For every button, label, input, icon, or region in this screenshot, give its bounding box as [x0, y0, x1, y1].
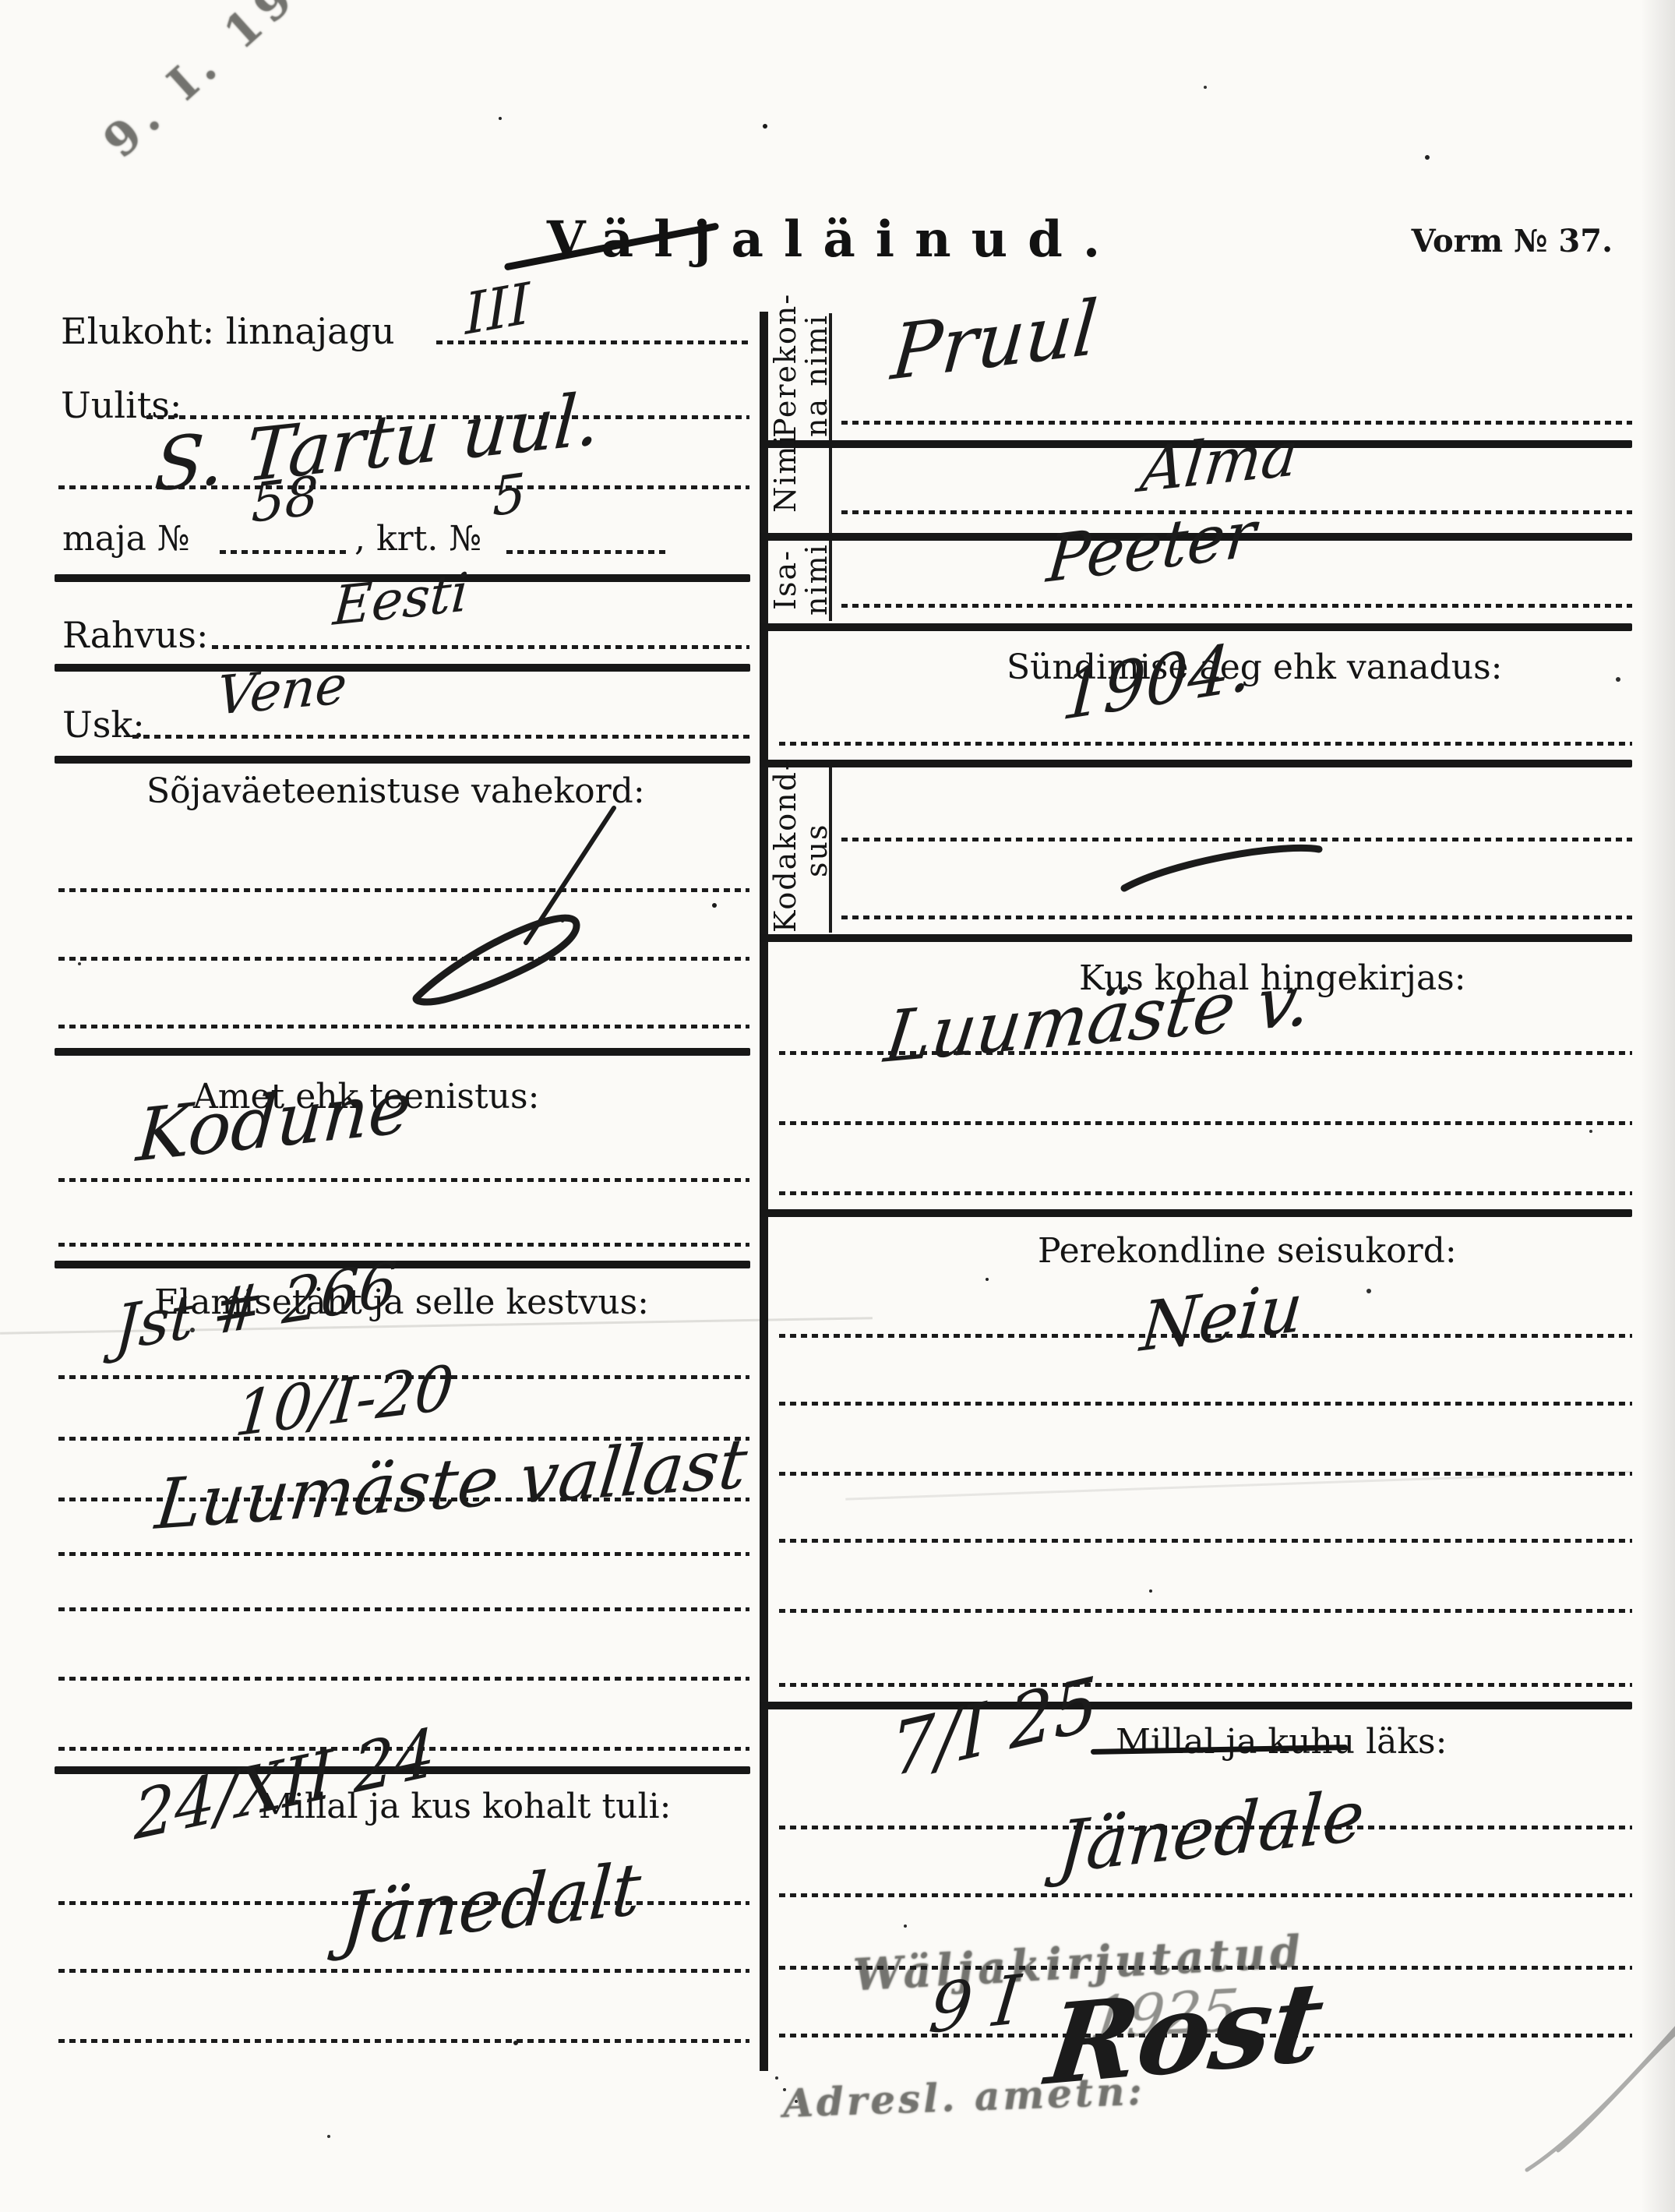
page-title: Väljaläinud.: [475, 210, 1192, 269]
sojavaeteenistus-label: Sõjaväeteenistuse vahekord:: [146, 771, 645, 811]
dotted-line: [212, 645, 749, 649]
dotted-line: [58, 1243, 749, 1247]
rule-bar: [55, 1261, 750, 1268]
dotted-line: [58, 2039, 749, 2043]
laks-date-entry: 7/I 25: [890, 1660, 1098, 1794]
kodakondsus-label: Kodakond- sus: [770, 767, 829, 933]
dotted-line: [779, 1472, 1632, 1476]
dotted-line: [779, 1191, 1632, 1195]
dotted-line: [779, 1893, 1632, 1897]
dotted-line: [779, 1683, 1632, 1687]
dotted-line: [220, 550, 351, 554]
dotted-line: [58, 1025, 749, 1028]
amet-entry: Kodune: [134, 1065, 414, 1178]
elukoht-label: Elukoht: linnajagu: [61, 310, 395, 352]
dotted-line: [58, 1178, 749, 1182]
dotted-line: [58, 485, 749, 489]
form-number: Vorm № 37.: [1412, 223, 1613, 259]
dotted-line: [841, 421, 1632, 425]
pencil-mark: [1511, 1995, 1675, 2182]
seisukord-label: Perekondline seisukord:: [1038, 1231, 1457, 1271]
laks-label: Millal ja kuhu läks:: [1116, 1722, 1447, 1762]
krt-label: , krt. №: [354, 519, 481, 559]
dotted-line: [58, 1607, 749, 1611]
dotted-line: [779, 742, 1632, 746]
dotted-line: [841, 604, 1632, 608]
rule-bar: [760, 934, 1632, 942]
usk-label: Usk:: [62, 704, 145, 746]
laks-place-entry: Jänedale: [1056, 1774, 1367, 1889]
dotted-line: [779, 1402, 1632, 1406]
dotted-line: [58, 1677, 749, 1681]
column-divider: [760, 312, 768, 2071]
dotted-line: [779, 1334, 1632, 1338]
sojavaeteenistus-scribble: [366, 806, 623, 1025]
rule-bar: [760, 623, 1632, 631]
usk-entry: Vene: [214, 654, 350, 728]
scan-specks: [499, 117, 502, 120]
tuli-date-entry: 24/XII 24: [134, 1713, 435, 1855]
dotted-line: [779, 1539, 1632, 1543]
dotted-line: [506, 550, 666, 554]
dotted-line: [58, 1969, 749, 1973]
seisukord-entry: Neiu: [1137, 1268, 1306, 1367]
krt-entry: 5: [492, 462, 526, 529]
sundimine-entry: 1904.: [1060, 626, 1254, 736]
label-rule: [829, 767, 832, 933]
registration-card: 9. I. 1920 Väljaläinud. Vorm № 37. Eluko…: [0, 0, 1675, 2212]
arrival-date-stamp: 9. I. 1920: [93, 0, 366, 168]
perekonnanimi-entry: Pruul: [888, 284, 1101, 397]
dotted-line: [132, 735, 749, 739]
dotted-line: [779, 1121, 1632, 1125]
dotted-line: [841, 915, 1632, 919]
rule-bar: [760, 1209, 1632, 1217]
linnajagu-entry: III: [464, 270, 531, 347]
dotted-line: [779, 1051, 1632, 1055]
nimi-entry: Alma: [1137, 418, 1301, 506]
perekonnanimi-label: Perekon- na nimi: [770, 313, 829, 438]
dotted-line: [58, 1552, 749, 1556]
dotted-line: [779, 1609, 1632, 1613]
kodakondsus-dash: [1118, 840, 1328, 894]
maja-entry: 58: [251, 465, 319, 535]
rule-bar: [55, 664, 750, 672]
official-signature: Rost: [1040, 1957, 1330, 2111]
rule-bar: [760, 760, 1632, 767]
nimi-label: Nimi: [770, 450, 829, 513]
rule-bar: [55, 756, 750, 764]
maja-label: maja №: [62, 519, 189, 559]
rahvus-entry: Eesti: [331, 562, 471, 638]
uulits-label: Uulits:: [61, 384, 182, 426]
isanimi-label: Isa- nimi: [770, 538, 829, 622]
tuli-place-entry: Jänedalt: [339, 1847, 644, 1963]
rahvus-label: Rahvus:: [62, 614, 208, 656]
rule-bar: [55, 1048, 750, 1056]
